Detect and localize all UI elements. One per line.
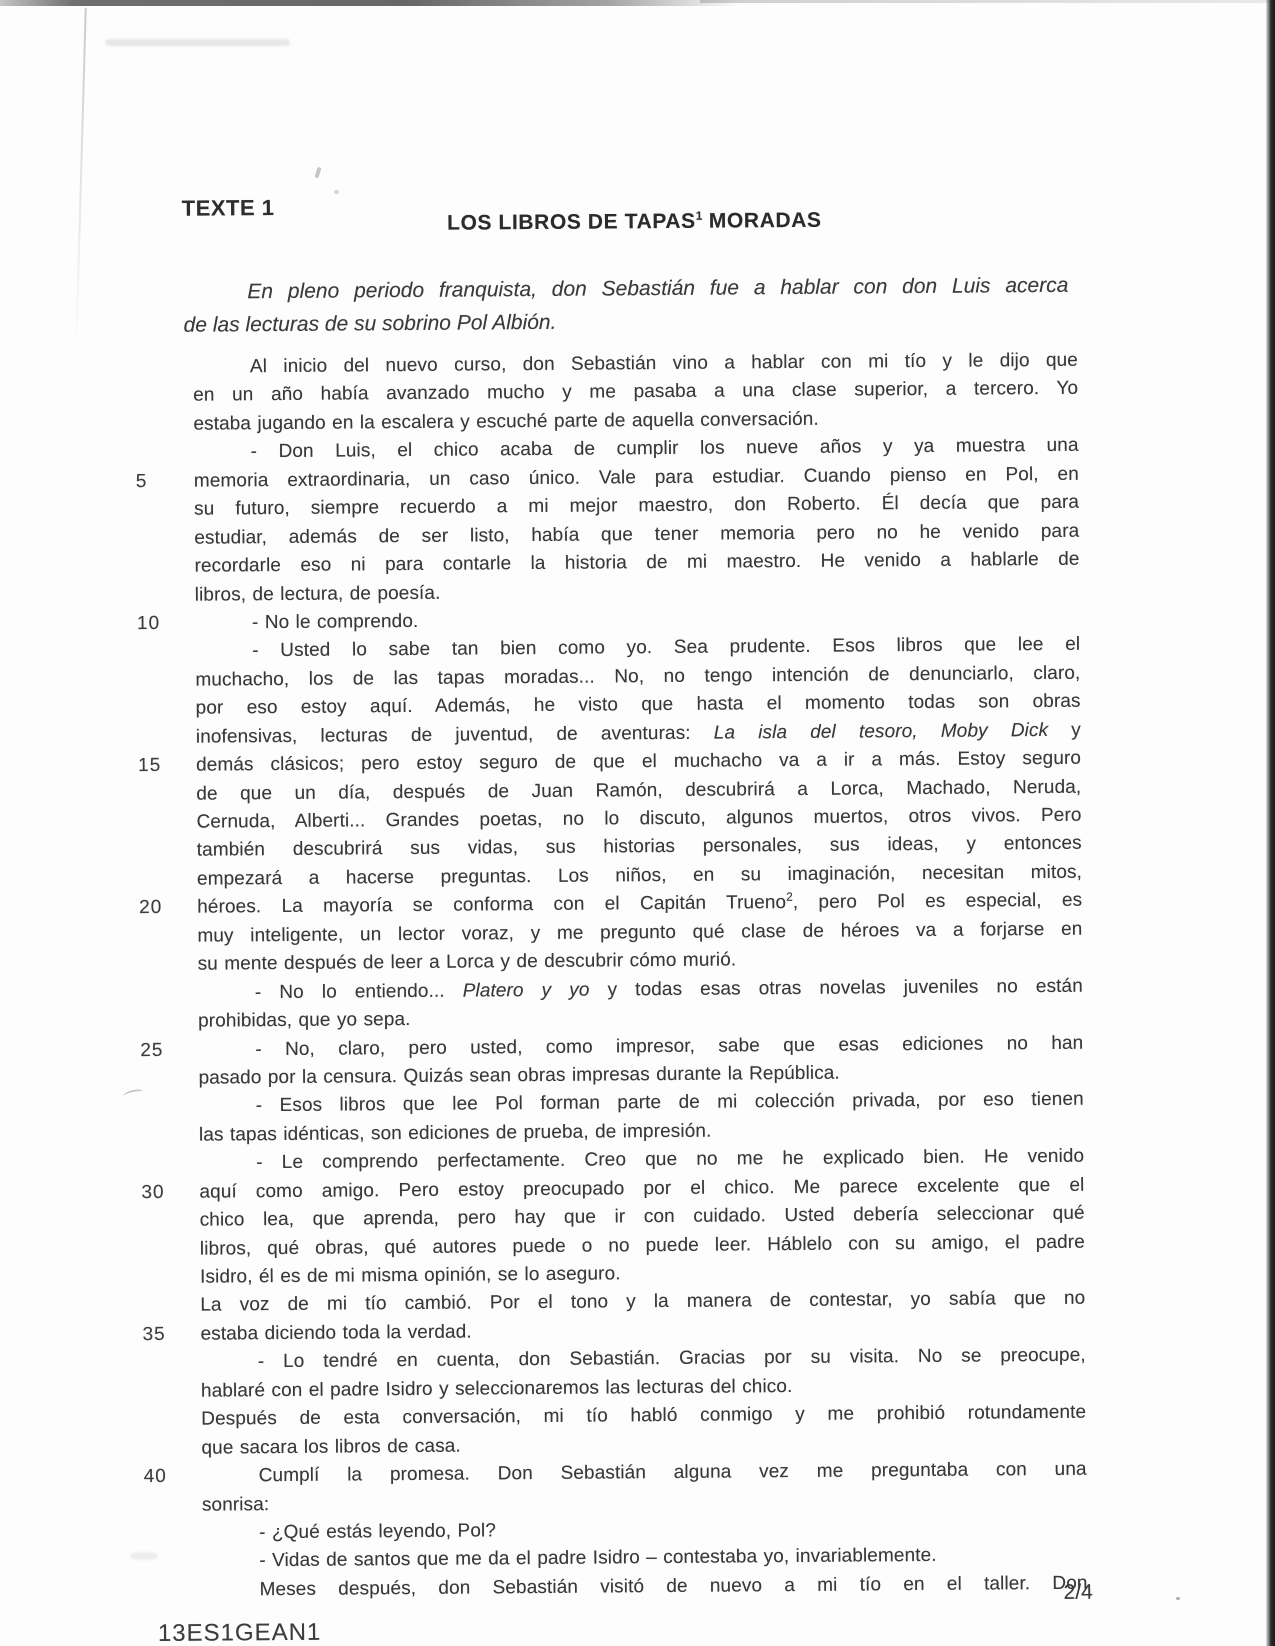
text-segment: héroes. La mayoría se conforma con el Ca… <box>197 892 786 918</box>
text-segment: empezará a hacerse preguntas. Los niños,… <box>197 862 1082 890</box>
text-segment: , pero Pol es especial, es <box>793 890 1082 913</box>
text-segment: - Usted lo sabe tan bien como yo. Sea pr… <box>252 634 1080 662</box>
line-number: 15 <box>138 752 161 781</box>
intro-paragraph: En pleno periodo franquista, don Sebasti… <box>183 269 1068 342</box>
page-content: TEXTE 1 LOS LIBROS DE TAPAS1 MORADAS En … <box>0 0 1275 1646</box>
text-segment: La voz de mi tío cambió. Por el tono y l… <box>200 1288 1085 1316</box>
text-segment: chico lea, que aprenda, pero hay que ir … <box>200 1203 1085 1231</box>
text-segment: de que un día, después de Juan Ramón, de… <box>196 776 1081 804</box>
text-segment: inofensivas, lecturas de juventud, de av… <box>196 722 714 747</box>
text-segment: estaba diciendo toda la verdad. <box>200 1321 471 1344</box>
text-segment: - No le comprendo. <box>252 611 419 633</box>
line-number: 30 <box>141 1179 164 1208</box>
text-segment: Isidro, él es de mi misma opinión, se lo… <box>200 1263 621 1287</box>
text-segment: las tapas idénticas, son ediciones de pr… <box>199 1120 712 1145</box>
line-number: 25 <box>140 1036 163 1065</box>
text-segment: su futuro, siempre recuerdo a mi mejor m… <box>194 492 1079 520</box>
text-segment: demás clásicos; pero estoy seguro de que… <box>196 748 1081 776</box>
text-segment: La isla del tesoro, Moby Dick <box>714 720 1049 744</box>
text-segment: prohibidas, que yo sepa. <box>198 1009 411 1032</box>
text-segment: recordarle eso ni para contarle la histo… <box>194 549 1079 577</box>
text-segment: MORADAS <box>702 209 821 233</box>
text-segment: LOS LIBROS DE TAPAS <box>447 210 696 235</box>
text-segment: - Lo tendré en cuenta, don Sebastián. Gr… <box>258 1345 1086 1373</box>
text-segment: por eso estoy aquí. Además, he visto que… <box>196 691 1081 719</box>
text-segment: Al inicio del nuevo curso, don Sebastián… <box>250 350 1078 378</box>
line-number: 20 <box>139 894 162 923</box>
text-segment: - ¿Qué estás leyendo, Pol? <box>259 1520 496 1543</box>
footer-code: 13ES1GEAN1 <box>158 1619 322 1646</box>
text-segment: en un año había avanzado mucho y me pasa… <box>193 378 1078 406</box>
text-segment: pasado por la censura. Quizás sean obras… <box>198 1063 839 1089</box>
text-segment: - Le comprendo perfectamente. Creo que n… <box>256 1146 1084 1174</box>
text-segment: libros, qué obras, qué autores puede o n… <box>200 1231 1085 1259</box>
text-segment: que sacara los libros de casa. <box>201 1435 461 1458</box>
text-segment: y todas esas otras novelas juveniles no … <box>589 975 1083 1000</box>
text-segment: libros, de lectura, de poesía. <box>195 582 441 605</box>
text-line: Meses después, don Sebastián visitó de n… <box>202 1570 1087 1605</box>
text-segment: - Vidas de santos que me da el padre Isi… <box>259 1545 936 1571</box>
line-number: 10 <box>137 610 160 639</box>
page-number: 2/4 <box>1064 1581 1093 1605</box>
text-segment: estudiar, además de ser listo, había que… <box>194 520 1079 548</box>
text-segment: de las lecturas de su sobrino Pol Albión… <box>184 311 557 337</box>
text-segment: aquí como amigo. Pero estoy preocupado p… <box>199 1174 1084 1202</box>
text-segment: estaba jugando en la escalera y escuché … <box>193 409 819 435</box>
text-segment: Después de esta conversación, mi tío hab… <box>201 1402 1086 1430</box>
text-segment: muy inteligente, un lector voraz, y me p… <box>197 918 1082 946</box>
text-segment: Platero y yo <box>463 979 590 1001</box>
document-title: LOS LIBROS DE TAPAS1 MORADAS <box>192 207 1077 238</box>
text-segment: Cernuda, Alberti... Grandes poetas, no l… <box>196 805 1081 833</box>
text-segment: muchacho, los de las tapas moradas... No… <box>195 663 1080 691</box>
text-segment: - No lo entiendo... <box>255 980 463 1003</box>
text-segment: En pleno periodo franquista, don Sebasti… <box>247 274 1068 303</box>
text-segment: sonrisa: <box>202 1494 269 1516</box>
line-number: 40 <box>144 1463 167 1492</box>
text-segment: - Don Luis, el chico acaba de cumplir lo… <box>251 435 1079 463</box>
text-segment: y <box>1048 719 1081 740</box>
text-segment: su mente después de leer a Lorca y de de… <box>198 950 737 975</box>
text-segment: hablaré con el padre Isidro y selecciona… <box>201 1376 793 1402</box>
text-segment: Cumplí la promesa. Don Sebastián alguna … <box>259 1459 1087 1487</box>
text-segment: - No, claro, pero usted, como impresor, … <box>255 1032 1083 1060</box>
text-segment: Meses después, don Sebastián visitó de n… <box>259 1573 1087 1601</box>
scanned-document-page: TEXTE 1 LOS LIBROS DE TAPAS1 MORADAS En … <box>0 0 1275 1646</box>
line-number: 35 <box>142 1321 165 1350</box>
text-segment: memoria extraordinaria, un caso único. V… <box>194 463 1079 491</box>
text-segment: también descubrirá sus vidas, sus histor… <box>197 833 1082 861</box>
text-segment: - Esos libros que lee Pol forman parte d… <box>256 1089 1084 1117</box>
text-line: de las lecturas de su sobrino Pol Albión… <box>183 302 1068 342</box>
text-column: Al inicio del nuevo curso, don Sebastián… <box>193 347 1088 1605</box>
line-number: 5 <box>136 468 148 497</box>
